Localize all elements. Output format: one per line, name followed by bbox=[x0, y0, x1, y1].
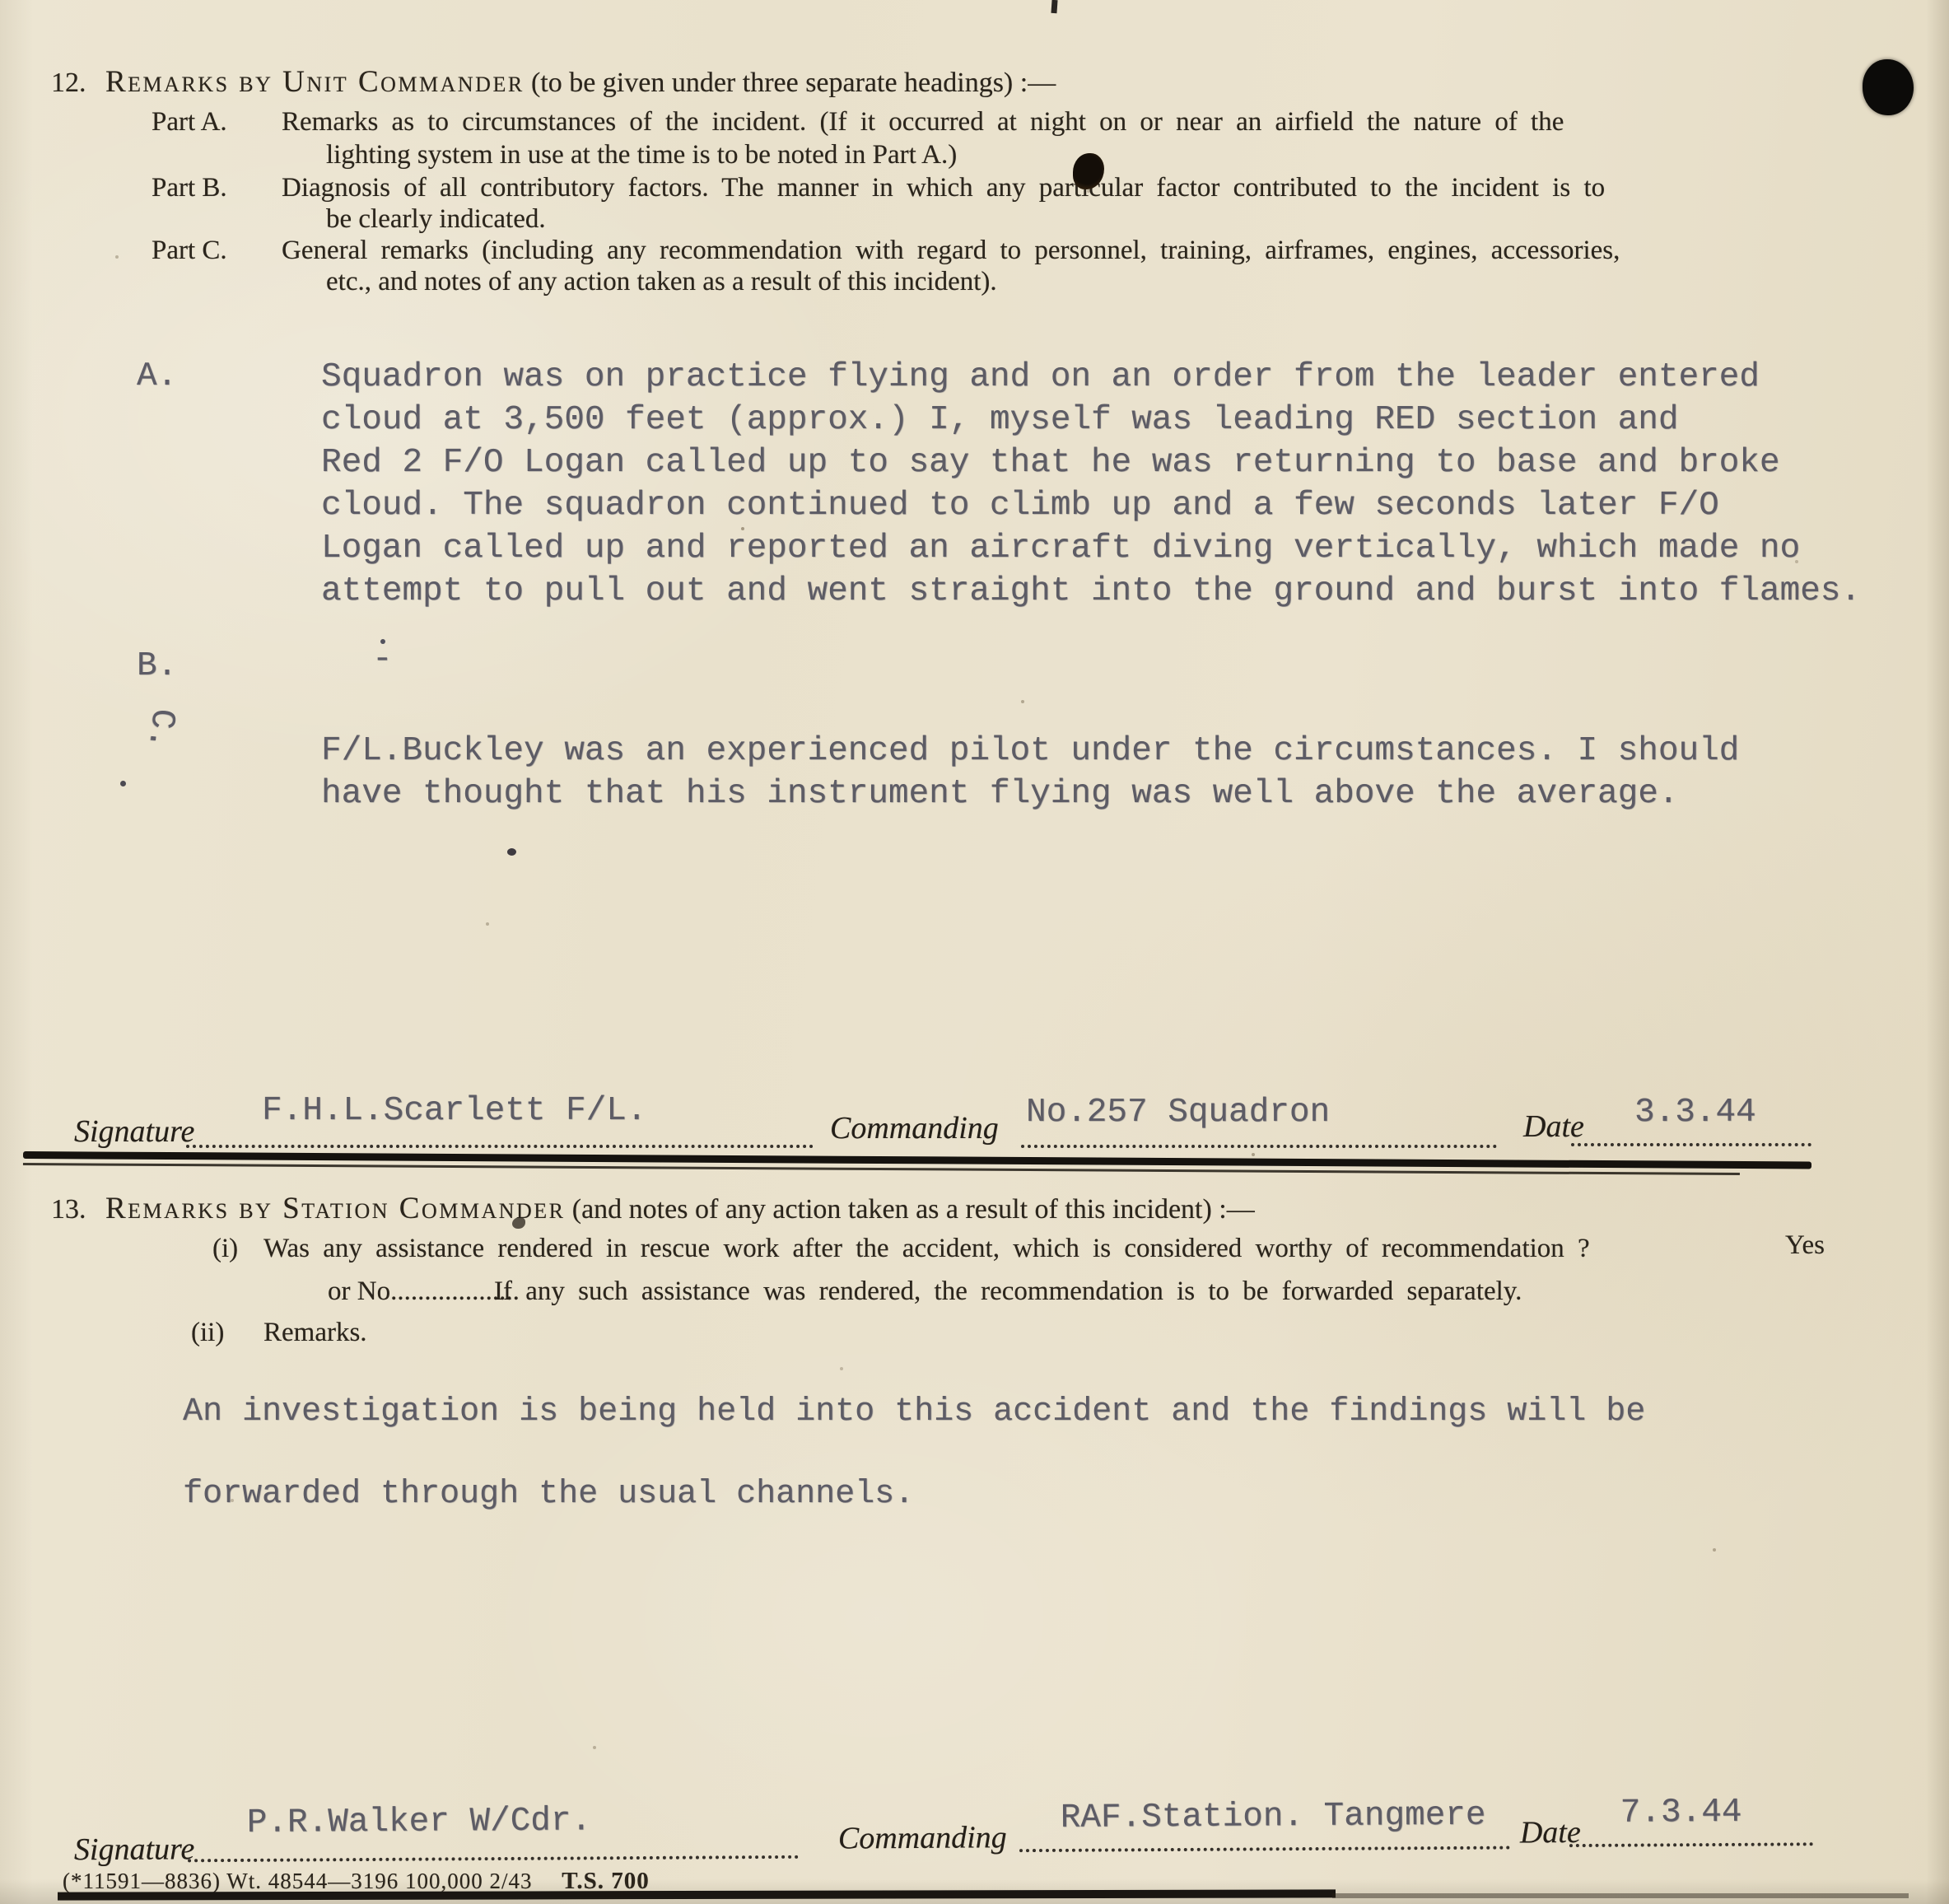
signature-value-station: P.R.Walker W/Cdr. bbox=[247, 1802, 592, 1842]
signature-dotted-line-station bbox=[188, 1855, 799, 1863]
commanding-dotted-line-station bbox=[1019, 1846, 1510, 1853]
date-dotted-line-station bbox=[1569, 1842, 1813, 1847]
punch-hole bbox=[1863, 59, 1914, 115]
bottom-scan-bar-faded bbox=[1332, 1893, 1909, 1898]
imprint-text: (*11591—8836) Wt. 48544—3196 100,000 2/4… bbox=[63, 1869, 532, 1893]
bottom-scan-bar bbox=[58, 1889, 1336, 1900]
top-edge-mark bbox=[1051, 0, 1057, 13]
commanding-value-station: RAF.Station. Tangmere bbox=[1061, 1797, 1486, 1837]
paper-speckles bbox=[741, 527, 744, 530]
station-signature-row: Signature P.R.Walker W/Cdr. Commanding R… bbox=[0, 0, 1949, 1904]
signature-label-station: Signature bbox=[74, 1831, 195, 1868]
date-value-station: 7.3.44 bbox=[1620, 1794, 1742, 1832]
commanding-label-station: Commanding bbox=[838, 1819, 1007, 1856]
scanned-accident-report-form: 12. Remarks by Unit Commander (to be giv… bbox=[0, 0, 1949, 1904]
